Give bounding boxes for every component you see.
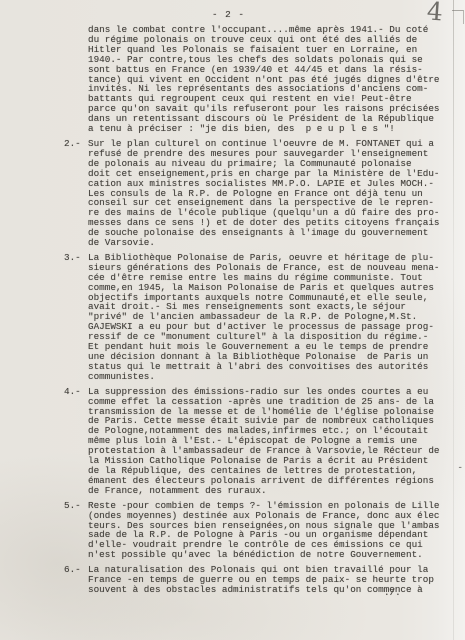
text-line: n'est possible qu'avec la bénédiction de… <box>88 550 456 560</box>
paragraph-lines: La Bibliothèque Polonaise de Paris, oeuv… <box>88 253 456 382</box>
text-line: (ondes moyennes) destinée aux Polonais d… <box>88 511 456 521</box>
paragraph: 2.-Sur le plan culturel on continue l'oe… <box>64 139 456 248</box>
text-line: communistes. <box>88 372 456 382</box>
paragraph-lines: dans le combat contre l'occupant....même… <box>88 25 456 134</box>
scanned-page: - 2 - 4 dans le combat contre l'occupant… <box>0 0 465 640</box>
page-number: - 2 - <box>212 9 245 20</box>
corner-fold-mark <box>452 10 464 24</box>
paragraph: 5.-Reste -pour combien de temps ?- l'émi… <box>64 501 456 560</box>
paragraph-number: 2.- <box>64 139 81 149</box>
paragraph-number: 6.- <box>64 565 81 575</box>
text-line: souvent à des obstacles administratifs t… <box>88 585 456 595</box>
document-body: dans le combat contre l'occupant....même… <box>64 25 456 600</box>
paragraph-number: 5.- <box>64 501 81 511</box>
paragraph-lines: Reste -pour combien de temps ?- l'émissi… <box>88 501 456 560</box>
margin-dash-mark: - <box>457 462 463 473</box>
paragraph-lines: La suppression des émissions-radio sur l… <box>88 387 456 496</box>
handwritten-page-number: 4 <box>426 0 444 27</box>
paragraph: 3.-La Bibliothèque Polonaise de Paris, o… <box>64 253 456 382</box>
text-line: de Varsovie. <box>88 238 456 248</box>
paragraph-number: 4.- <box>64 387 81 397</box>
paragraph-number: 3.- <box>64 253 81 263</box>
text-line: cation aux ministres socialistes MM.P.O.… <box>88 179 456 189</box>
text-line: a tenu à préciser : "je dis bien, des p … <box>88 124 456 134</box>
paragraph-lines: Sur le plan culturel on continue l'oeuvr… <box>88 139 456 248</box>
paragraph: 4.-La suppression des émissions-radio su… <box>64 387 456 496</box>
paragraph: dans le combat contre l'occupant....même… <box>64 25 456 134</box>
paragraph-lines: La naturalisation des Polonais qui ont b… <box>88 565 456 595</box>
text-line: de France, notamment des ruraux. <box>88 486 456 496</box>
continuation-mark: ./. <box>384 587 401 598</box>
